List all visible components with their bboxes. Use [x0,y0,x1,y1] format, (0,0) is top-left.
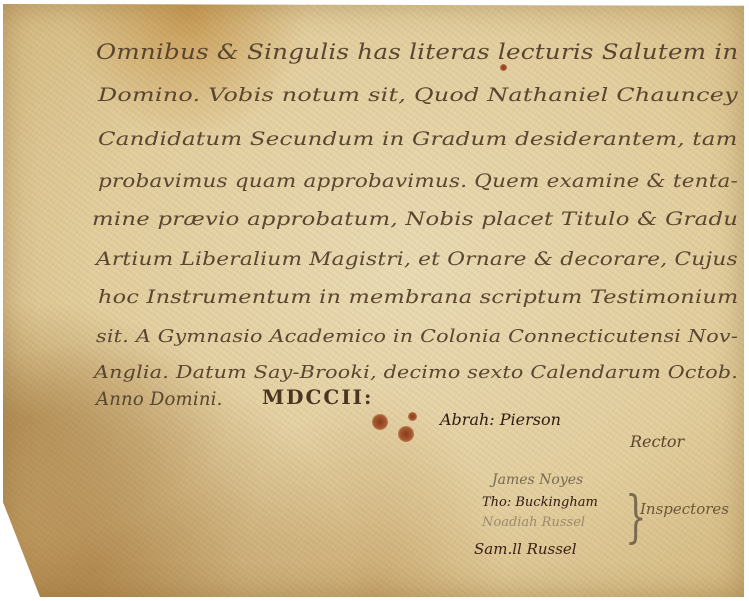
text-line-9: Anglia. Datum Say-Brooki, decimo sexto C… [94,362,738,383]
text-line-7: hoc Instrumentum in membrana scriptum Te… [98,286,738,308]
text-line-6: Artium Liberalium Magistri, et Ornare & … [96,248,738,270]
text-line-2: Domino. Vobis notum sit, Quod Nathaniel … [98,84,738,106]
ink-stain [408,412,417,421]
rector-signature: Abrah: Pierson [440,410,561,429]
rector-title: Rector [630,432,684,451]
text-line-1: Omnibus & Singulis has literas lecturis … [96,40,738,64]
inspector-signature-4: Sam.ll Russel [474,540,577,558]
text-line-3: Candidatum Secundum in Gradum desiderant… [98,128,738,150]
text-line-5: mine prævio approbatum, Nobis placet Tit… [92,208,738,230]
text-line-4: probavimus quam approbavimus. Quem exami… [98,170,738,192]
inspector-signature-1: James Noyes [492,472,583,488]
ink-stain [398,426,414,442]
inspectors-title: Inspectores [640,500,729,518]
text-line-8: sit. A Gymnasio Academico in Colonia Con… [96,326,738,347]
ink-stain [372,414,388,430]
inspector-signature-2: Tho: Buckingham [482,495,598,510]
year-roman-numeral: MDCCII: [262,385,373,409]
ink-stain [500,64,507,71]
inspector-signature-3: Noadiah Russel [482,515,585,530]
text-line-10: Anno Domini. [96,388,223,410]
